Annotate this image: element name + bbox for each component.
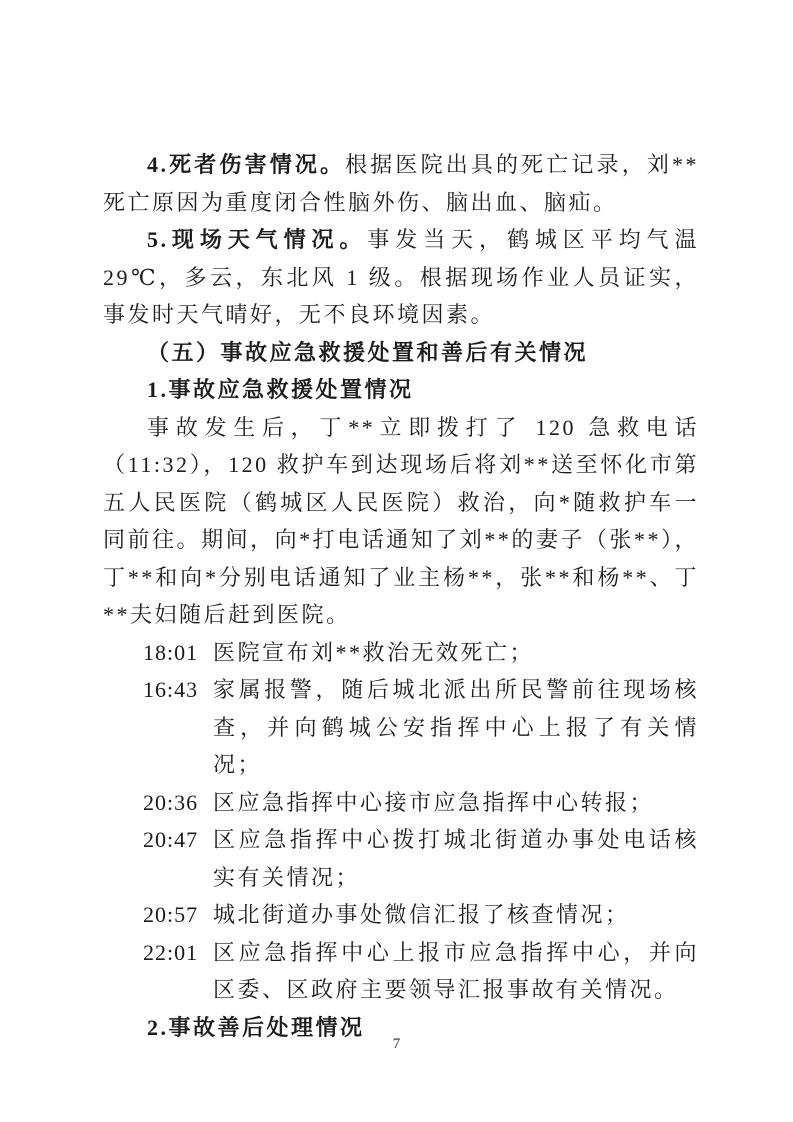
timeline-time: 20:47 <box>143 821 213 896</box>
timeline-text: 家属报警，随后城北派出所民警前往现场核查，并向鹤城公安指挥中心上报了有关情况； <box>213 671 699 784</box>
timeline-entry: 18:01 医院宣布刘**救治无效死亡； <box>103 634 699 672</box>
timeline-entry: 20:57 城北街道办事处微信汇报了核查情况； <box>103 896 699 934</box>
document-page: 4.死者伤害情况。根据医院出具的死亡记录，刘**死亡原因为重度闭合性脑外伤、脑出… <box>0 0 793 1122</box>
timeline-entry: 16:43 家属报警，随后城北派出所民警前往现场核查，并向鹤城公安指挥中心上报了… <box>103 671 699 784</box>
event-timeline: 18:01 医院宣布刘**救治无效死亡； 16:43 家属报警，随后城北派出所民… <box>103 634 699 1009</box>
timeline-time: 22:01 <box>143 934 213 1009</box>
timeline-text: 医院宣布刘**救治无效死亡； <box>213 634 699 672</box>
section-heading-emergency-response: （五）事故应急救援处置和善后有关情况 <box>103 334 699 372</box>
timeline-entry: 20:36 区应急指挥中心接市应急指挥中心转报； <box>103 784 699 822</box>
timeline-entry: 20:47 区应急指挥中心拨打城北街道办事处电话核实有关情况； <box>103 821 699 896</box>
timeline-time: 20:57 <box>143 896 213 934</box>
paragraph-weather-label: 5.现场天气情况。 <box>147 227 367 252</box>
subheading-rescue-handling: 1.事故应急救援处置情况 <box>103 371 699 409</box>
paragraph-deceased-injury-label: 4.死者伤害情况。 <box>147 152 345 177</box>
page-content: 4.死者伤害情况。根据医院出具的死亡记录，刘**死亡原因为重度闭合性脑外伤、脑出… <box>103 146 699 1046</box>
timeline-text: 区应急指挥中心接市应急指挥中心转报； <box>213 784 699 822</box>
page-number: 7 <box>0 1036 793 1053</box>
timeline-time: 16:43 <box>143 671 213 784</box>
paragraph-deceased-injury: 4.死者伤害情况。根据医院出具的死亡记录，刘**死亡原因为重度闭合性脑外伤、脑出… <box>103 146 699 221</box>
paragraph-rescue-narrative: 事故发生后，丁**立即拨打了 120 急救电话（11:32），120 救护车到达… <box>103 409 699 634</box>
timeline-text: 城北街道办事处微信汇报了核查情况； <box>213 896 699 934</box>
timeline-text: 区应急指挥中心拨打城北街道办事处电话核实有关情况； <box>213 821 699 896</box>
timeline-entry: 22:01 区应急指挥中心上报市应急指挥中心，并向区委、区政府主要领导汇报事故有… <box>103 934 699 1009</box>
timeline-text: 区应急指挥中心上报市应急指挥中心，并向区委、区政府主要领导汇报事故有关情况。 <box>213 934 699 1009</box>
paragraph-weather: 5.现场天气情况。事发当天，鹤城区平均气温 29℃，多云，东北风 1 级。根据现… <box>103 221 699 334</box>
timeline-time: 18:01 <box>143 634 213 672</box>
timeline-time: 20:36 <box>143 784 213 822</box>
